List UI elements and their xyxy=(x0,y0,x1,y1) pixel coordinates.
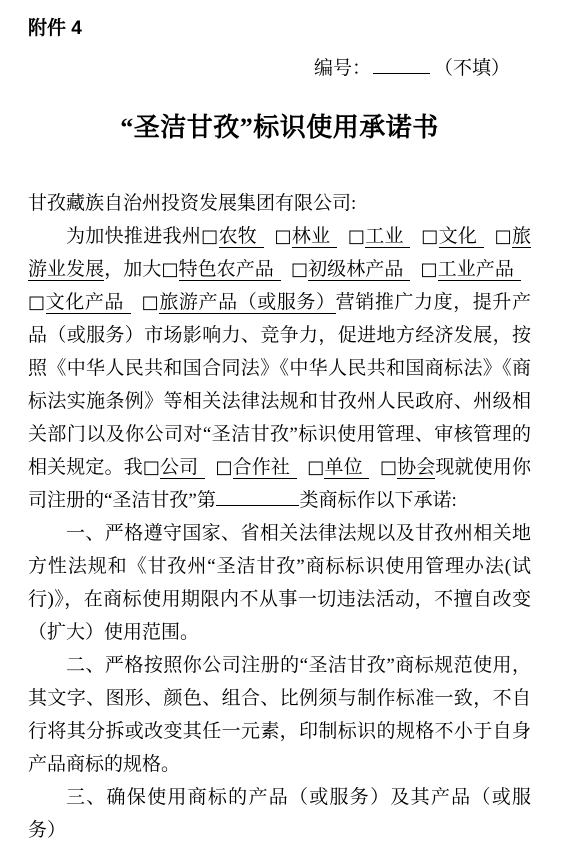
text-run: 类商标作以下承诺: xyxy=(299,490,456,511)
option-agri-product: 特色农产品 xyxy=(179,259,281,281)
number-line: 编号：（不填） xyxy=(28,54,531,83)
checkbox-farming-icon[interactable]: □ xyxy=(201,226,218,247)
option-culture-product: 文化产品 xyxy=(46,292,131,314)
checkbox-industry-icon[interactable]: □ xyxy=(348,226,366,247)
document-page: 附件 4 编号：（不填） “圣洁甘孜”标识使用承诺书 甘孜藏族自治州投资发展集团… xyxy=(0,0,561,847)
text-run: 营销推广力度，提升产品（或服务）市场影响力、竞争力，促进地方经济发展，按照《中华… xyxy=(28,292,531,478)
paragraph-intro: 为加快推进我州□农牧□林业□工业□文化□旅游业发展，加大□特色农产品□初级林产品… xyxy=(28,220,531,517)
attachment-label: 附件 4 xyxy=(28,16,531,42)
option-forestry: 林业 xyxy=(292,226,337,248)
paragraph-clause-3: 三、确保使用商标的产品（或服务）及其产品（或服务） xyxy=(28,781,531,847)
option-industry: 工业 xyxy=(365,226,410,248)
number-blank-field[interactable] xyxy=(373,54,430,74)
checkbox-culture-icon[interactable]: □ xyxy=(421,226,439,247)
text-run: ，加大 xyxy=(104,259,161,280)
option-farming: 农牧 xyxy=(219,226,264,248)
checkbox-industrial-product-icon[interactable]: □ xyxy=(420,259,437,280)
document-body: 甘孜藏族自治州投资发展集团有限公司: 为加快推进我州□农牧□林业□工业□文化□旅… xyxy=(28,187,531,847)
checkbox-agri-product-icon[interactable]: □ xyxy=(161,259,178,280)
option-forest-product: 初级林产品 xyxy=(308,259,410,281)
option-association: 协会 xyxy=(397,457,435,479)
option-industrial-product: 工业产品 xyxy=(438,259,521,281)
trademark-class-blank-field[interactable] xyxy=(216,486,300,506)
checkbox-tourism-icon[interactable]: □ xyxy=(494,226,512,247)
checkbox-company-icon[interactable]: □ xyxy=(143,457,160,478)
option-company: 公司 xyxy=(160,457,205,479)
checkbox-unit-icon[interactable]: □ xyxy=(307,457,324,478)
salutation: 甘孜藏族自治州投资发展集团有限公司: xyxy=(28,187,531,220)
checkbox-cooperative-icon[interactable]: □ xyxy=(215,457,232,478)
option-cooperative: 合作社 xyxy=(233,457,297,479)
checkbox-culture-product-icon[interactable]: □ xyxy=(28,292,46,313)
option-culture: 文化 xyxy=(439,226,484,248)
checkbox-forest-product-icon[interactable]: □ xyxy=(291,259,308,280)
option-tourism-product: 旅游产品（或服务） xyxy=(159,292,335,314)
checkbox-forestry-icon[interactable]: □ xyxy=(274,226,292,247)
checkbox-association-icon[interactable]: □ xyxy=(380,457,397,478)
number-label: 编号： xyxy=(314,58,371,79)
text-run: 为加快推进我州 xyxy=(66,226,201,247)
checkbox-tourism-product-icon[interactable]: □ xyxy=(141,292,159,313)
paragraph-clause-1: 一、严格遵守国家、省相关法律法规以及甘孜州相关地方性法规和《甘孜州“圣洁甘孜”商… xyxy=(28,517,531,649)
option-unit: 单位 xyxy=(324,457,369,479)
document-title: “圣洁甘孜”标识使用承诺书 xyxy=(28,109,531,147)
paragraph-clause-2: 二、严格按照你公司注册的“圣洁甘孜”商标规范使用，其文字、图形、颜色、组合、比例… xyxy=(28,649,531,781)
number-note: （不填） xyxy=(434,58,510,79)
